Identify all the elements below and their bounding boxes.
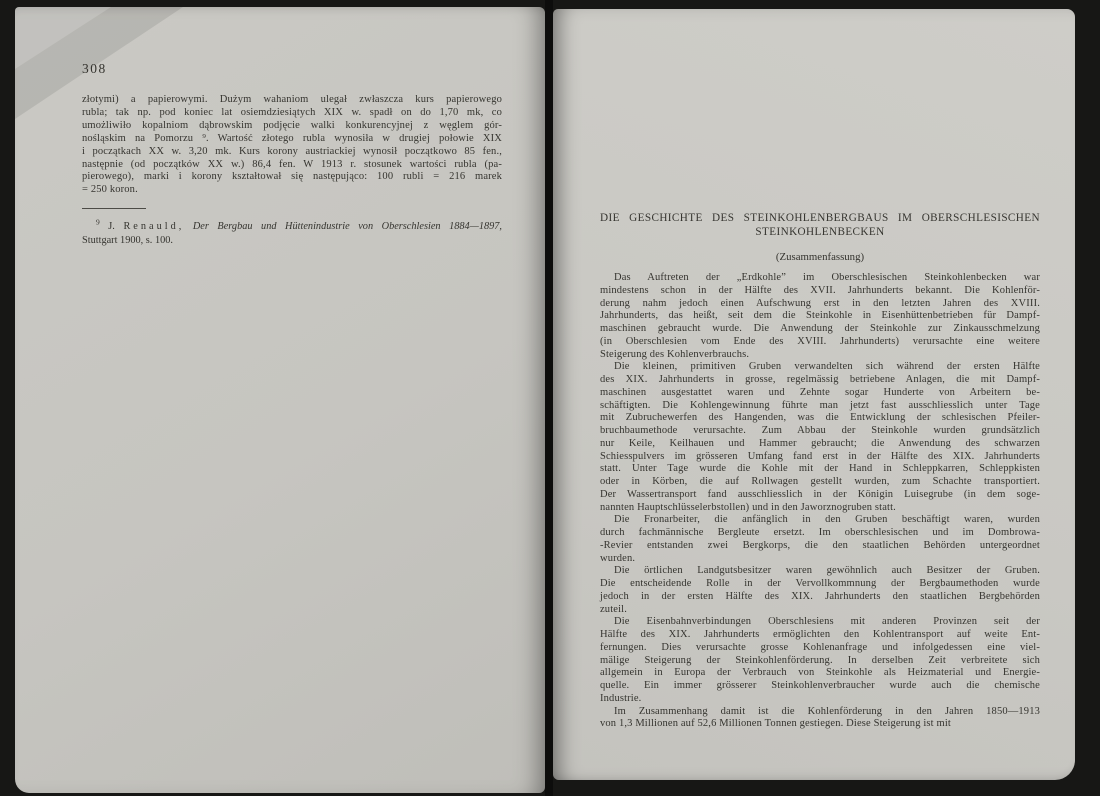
text-line: Das Auftreten der „Erdkohle” im Oberschl… xyxy=(600,272,1040,285)
text-line: nannten Hauptschlüsselerbstollen) und in… xyxy=(600,502,1040,515)
chapter-heading-line-1: DIE GESCHICHTE DES STEINKOHLENBERGBAUS I… xyxy=(600,211,1040,225)
text-line: Steigerung des Kohlenverbrauchs. xyxy=(600,349,1040,362)
text-line: (in Oberschlesien vom Ende des XVIII. Ja… xyxy=(600,336,1040,349)
text-line: Die entscheidende Rolle in der Vervollko… xyxy=(600,578,1040,591)
text-line: Im Zusammenhang damit ist die Kohlenförd… xyxy=(600,706,1040,719)
footnote-author-initial: J. xyxy=(108,221,115,232)
text-line: statt. Unter Tage wurde die Kohle mit de… xyxy=(600,463,1040,476)
text-line: derung nahm jedoch einen Aufschwung erst… xyxy=(600,298,1040,311)
text-line: oder in Körben, die auf Rollwagen gestel… xyxy=(600,476,1040,489)
text-line: mindestens schon in der Hälfte des XVII.… xyxy=(600,285,1040,298)
text-line: durch fachmännische Bergleute ersetzt. I… xyxy=(600,527,1040,540)
footnote-line-1: 9 J. Renauld, Der Bergbau und Hüttenindu… xyxy=(82,220,502,234)
text-line: Hälfte des XIX. Jahrhunderts ermöglichte… xyxy=(600,629,1040,642)
text-line: jedoch in der ersten Hälfte des XIX. Jah… xyxy=(600,591,1040,604)
text-line: mälige Steigerung der Steinkohlenförderu… xyxy=(600,655,1040,668)
book-gutter xyxy=(545,0,553,796)
footnote-author: Renauld, xyxy=(123,221,184,232)
left-paragraph: złotymi) a papierowymi. Dużym wahaniom u… xyxy=(82,94,502,197)
text-line: von 1,3 Millionen auf 52,6 Millionen Ton… xyxy=(600,718,1040,731)
right-page: DIE GESCHICHTE DES STEINKOHLENBERGBAUS I… xyxy=(553,9,1075,780)
text-line: nośląskim na Pomorzu ⁹. Wartość złotego … xyxy=(82,133,502,146)
text-line: maschinen ausgestattet waren und Zehnte … xyxy=(600,387,1040,400)
text-line: złotymi) a papierowymi. Dużym wahaniom u… xyxy=(82,94,502,107)
text-line: następnie (od początków XX w.) 86,4 fen.… xyxy=(82,159,502,172)
paragraph: Die Eisenbahnverbindungen Oberschlesiens… xyxy=(600,616,1040,705)
text-line: zuteil. xyxy=(600,604,1040,617)
text-line: wurden. xyxy=(600,553,1040,566)
text-line: Die Fronarbeiter, die anfänglich in den … xyxy=(600,514,1040,527)
summary-text: Das Auftreten der „Erdkohle” im Oberschl… xyxy=(600,272,1040,731)
text-line: Schiesspulvers im grösseren Umfang fand … xyxy=(600,451,1040,464)
text-line: bruchbaumethode verursachte. Zum Abbau d… xyxy=(600,425,1040,438)
text-line: rubla; tak np. pod koniec lat osiemdzies… xyxy=(82,107,502,120)
text-line: Jahrhunderts, das heißt, seit dem die St… xyxy=(600,310,1040,323)
text-line: -Revier entstanden zwei Bergkorps, die d… xyxy=(600,540,1040,553)
footnote-line-2: Stuttgart 1900, s. 100. xyxy=(82,234,502,248)
text-line: Der Wassertransport fand ausschliesslich… xyxy=(600,489,1040,502)
left-page: 308 złotymi) a papierowymi. Dużym wahani… xyxy=(15,7,545,793)
text-line: fernungen. Dies verursachte grosse Kohle… xyxy=(600,642,1040,655)
text-line: quelle. Ein immer grösserer Steinkohlenv… xyxy=(600,680,1040,693)
paragraph: Die örtlichen Landgutsbesitzer waren gew… xyxy=(600,565,1040,616)
paragraph: Das Auftreten der „Erdkohle” im Oberschl… xyxy=(600,272,1040,361)
text-line: nur Keile, Keilhauen und Hammer gebrauch… xyxy=(600,438,1040,451)
chapter-heading: DIE GESCHICHTE DES STEINKOHLENBERGBAUS I… xyxy=(600,211,1040,239)
text-line: allgemein in Europa der Verbrauch von St… xyxy=(600,667,1040,680)
text-line: des XIX. Jahrhunderts in grosse, regelmä… xyxy=(600,374,1040,387)
book-scan: 308 złotymi) a papierowymi. Dużym wahani… xyxy=(0,0,1100,796)
footnote-title: Der Bergbau und Hüttenindustrie von Ober… xyxy=(193,221,502,232)
text-line: pierowego), marki i korony kształtował s… xyxy=(82,171,502,184)
subheading: (Zusammenfassung) xyxy=(600,251,1040,263)
text-line: umożliwiło kopalniom dąbrowskim podjęcie… xyxy=(82,120,502,133)
text-line: schäftigten. Die Kohlengewinnung führte … xyxy=(600,400,1040,413)
chapter-heading-line-2: STEINKOHLENBECKEN xyxy=(600,225,1040,239)
text-line: = 250 koron. xyxy=(82,184,502,197)
paragraph: Die Fronarbeiter, die anfänglich in den … xyxy=(600,514,1040,565)
footnote: 9 J. Renauld, Der Bergbau und Hüttenindu… xyxy=(82,220,502,247)
text-line: maschinen gebraucht wurde. Die Anwendung… xyxy=(600,323,1040,336)
text-line: Die kleinen, primitiven Gruben verwandel… xyxy=(600,361,1040,374)
text-line: Die Eisenbahnverbindungen Oberschlesiens… xyxy=(600,616,1040,629)
paragraph: Im Zusammenhang damit ist die Kohlenförd… xyxy=(600,706,1040,732)
footnote-marker: 9 xyxy=(96,218,100,227)
text-line: mit Zubruchewerfen des Hangenden, was di… xyxy=(600,412,1040,425)
text-line: Industrie. xyxy=(600,693,1040,706)
text-line: Die örtlichen Landgutsbesitzer waren gew… xyxy=(600,565,1040,578)
paragraph: Die kleinen, primitiven Gruben verwandel… xyxy=(600,361,1040,514)
footnote-rule xyxy=(82,208,146,209)
text-line: i początkach XX w. 3,20 mk. Kurs korony … xyxy=(82,146,502,159)
page-number: 308 xyxy=(82,61,107,77)
